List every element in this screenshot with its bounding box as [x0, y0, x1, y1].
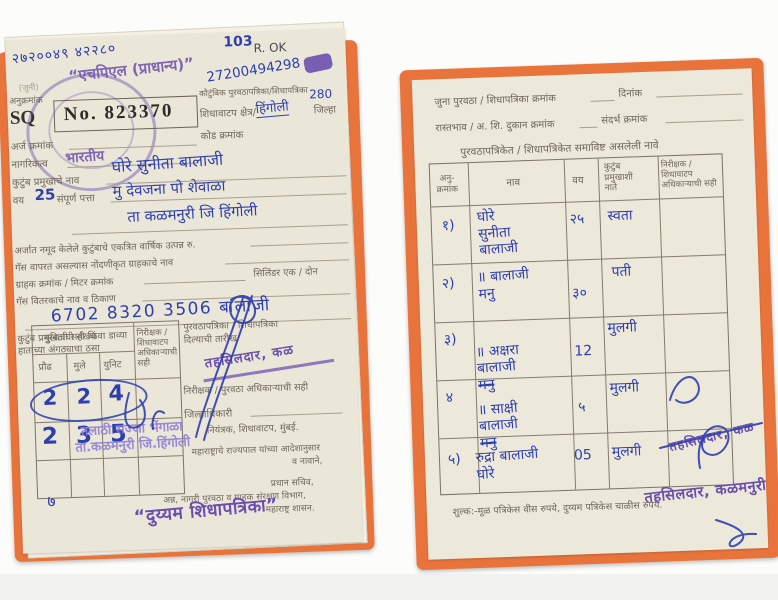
- reference-no-label: संदर्भ क्रमांक: [601, 114, 648, 127]
- member-age: ३०: [572, 285, 587, 302]
- col-name: नाव: [506, 177, 520, 189]
- age-value: 25: [34, 186, 55, 204]
- district-label: जिल्हा: [314, 105, 337, 118]
- member-name-text: ॥ साक्षी बालाजी: [477, 399, 518, 434]
- inspector-sign-label: निरीक्षक / पुरवठा अधिकाऱ्याची सही: [183, 382, 308, 398]
- member-sr: ४: [446, 390, 454, 407]
- secretary-line1: प्रधान सचिव,: [271, 478, 314, 490]
- consumer-no-label: ग्राहक क्रमांक / मिटर क्रमांक: [16, 276, 114, 291]
- old-label: (जुनी): [19, 83, 39, 94]
- member-name: ॥ साक्षी बालाजी मनु: [476, 383, 520, 452]
- member-sr: १): [442, 218, 455, 235]
- col-serial: अनु- क्रमांक: [436, 174, 458, 196]
- handwritten-280: 280: [309, 87, 332, 102]
- citizenship-label: नागरिकत्व: [11, 159, 48, 172]
- units-row2-adult: 2: [42, 423, 59, 451]
- col-relation: कुटुंब प्रमुखाशी नाते: [604, 161, 634, 194]
- gas-consumer-label: गॅस वापरत असल्यास नोंदणीकृत ग्राहकाचे ना…: [15, 257, 174, 274]
- scanner-bed-edge: [0, 574, 778, 600]
- code-label: कोड क्रमांक: [200, 130, 243, 143]
- member-name: रुद्रा बालाजी घोरे: [475, 446, 540, 483]
- member-sr: ३): [444, 332, 457, 349]
- member-sr: ५): [448, 452, 461, 469]
- member-relation: स्वता: [607, 207, 632, 224]
- handwritten-long-number: 27200494298: [206, 56, 302, 87]
- member-age: 12: [574, 343, 592, 360]
- right-page: जुना पुरवठा / शिधापत्रिका क्रमांक दिनांक…: [412, 68, 769, 560]
- shop-no-label: रास्तभाव / अ. शि. दुकान क्रमांक: [435, 119, 555, 135]
- area-value: हिंगोली: [255, 99, 289, 118]
- member-sr: २): [442, 276, 455, 293]
- left-page: २७२००४९ ४२२८० “एचपिएल (प्राधान्य)” 103 R…: [5, 28, 363, 554]
- issue-date-label-1: पुरवठापत्रिका / शिधापत्रिका: [183, 319, 278, 334]
- date-label: दिनांक: [618, 88, 642, 101]
- fee-line: शुल्क:-मूळ पत्रिकेस वीस रुपये, दुय्यम पत…: [453, 500, 663, 519]
- old-card-no-label: जुना पुरवठा / शिधापत्रिका क्रमांक: [434, 93, 556, 109]
- member-relation: मुलगी: [609, 379, 639, 397]
- margin-mark: ७: [47, 493, 56, 512]
- member-age: २५: [569, 211, 584, 228]
- col-inspector-sign: निरीक्षक / शिधावाटप अधिकाऱ्याची सही: [661, 159, 717, 191]
- member-name-text: ॥ अक्षरा बालाजी: [475, 341, 519, 376]
- governor-line2: व नावाने,: [292, 456, 323, 468]
- col-inspector-sign: निरीक्षक / शिधावाटप अधिकाऱ्याची सही: [136, 327, 179, 369]
- col-unit: युनिट: [103, 359, 121, 371]
- cylinder-label: सिलिंडर एक / दोन: [253, 266, 318, 279]
- col-adult: प्रौढ: [38, 362, 52, 374]
- member-relation: मुलगी: [607, 319, 637, 337]
- units-group-header: युनिटांची संख्या: [44, 331, 96, 344]
- scanned-ration-card: २७२००४९ ४२२८० “एचपिएल (प्राधान्य)” 103 R…: [0, 0, 778, 600]
- area-label: शिधावाटप क्षेत्र/: [200, 107, 257, 121]
- issue-date-label-2: दिल्याची तारीख: [184, 333, 238, 346]
- member-age: ५: [578, 399, 586, 416]
- units-table: युनिटांची संख्या प्रौढ मुले युनिट निरीक्…: [31, 320, 185, 499]
- member-relation: मुलगी: [612, 443, 642, 461]
- controller-label: नियंत्रक, शिधावाटप, मुंबई.: [207, 422, 299, 436]
- handwritten-r-ok: R. OK: [253, 40, 286, 55]
- member-name: ॥ बालाजी मनु: [477, 266, 531, 303]
- citizenship-stamp: भारतीय: [65, 148, 105, 167]
- member-name: घोरे सुनीता बालाजी: [476, 207, 518, 259]
- collector-label: जिल्हाधिकारी: [184, 408, 232, 421]
- application-no-label: अर्ज क्रमांक: [11, 140, 54, 153]
- age-label: वय: [13, 196, 25, 208]
- handwritten-103: 103: [223, 33, 253, 51]
- member-age: 05: [574, 447, 592, 464]
- family-card-label: कौटुंबिक पुरवठापत्रिका/शिधापत्रिका: [199, 86, 308, 100]
- col-children: मुले: [73, 360, 86, 372]
- income-label: अर्जात नमूद केलेले कुटुंबाचे एकत्रित वार…: [14, 240, 195, 258]
- col-age: वय: [572, 175, 584, 187]
- address-label: संपूर्ण पत्ता: [57, 193, 95, 206]
- address-line2: ता कळमनुरी जि हिंगोली: [127, 202, 258, 226]
- member-relation: पती: [611, 264, 631, 281]
- purple-scribble-blob: [303, 52, 334, 73]
